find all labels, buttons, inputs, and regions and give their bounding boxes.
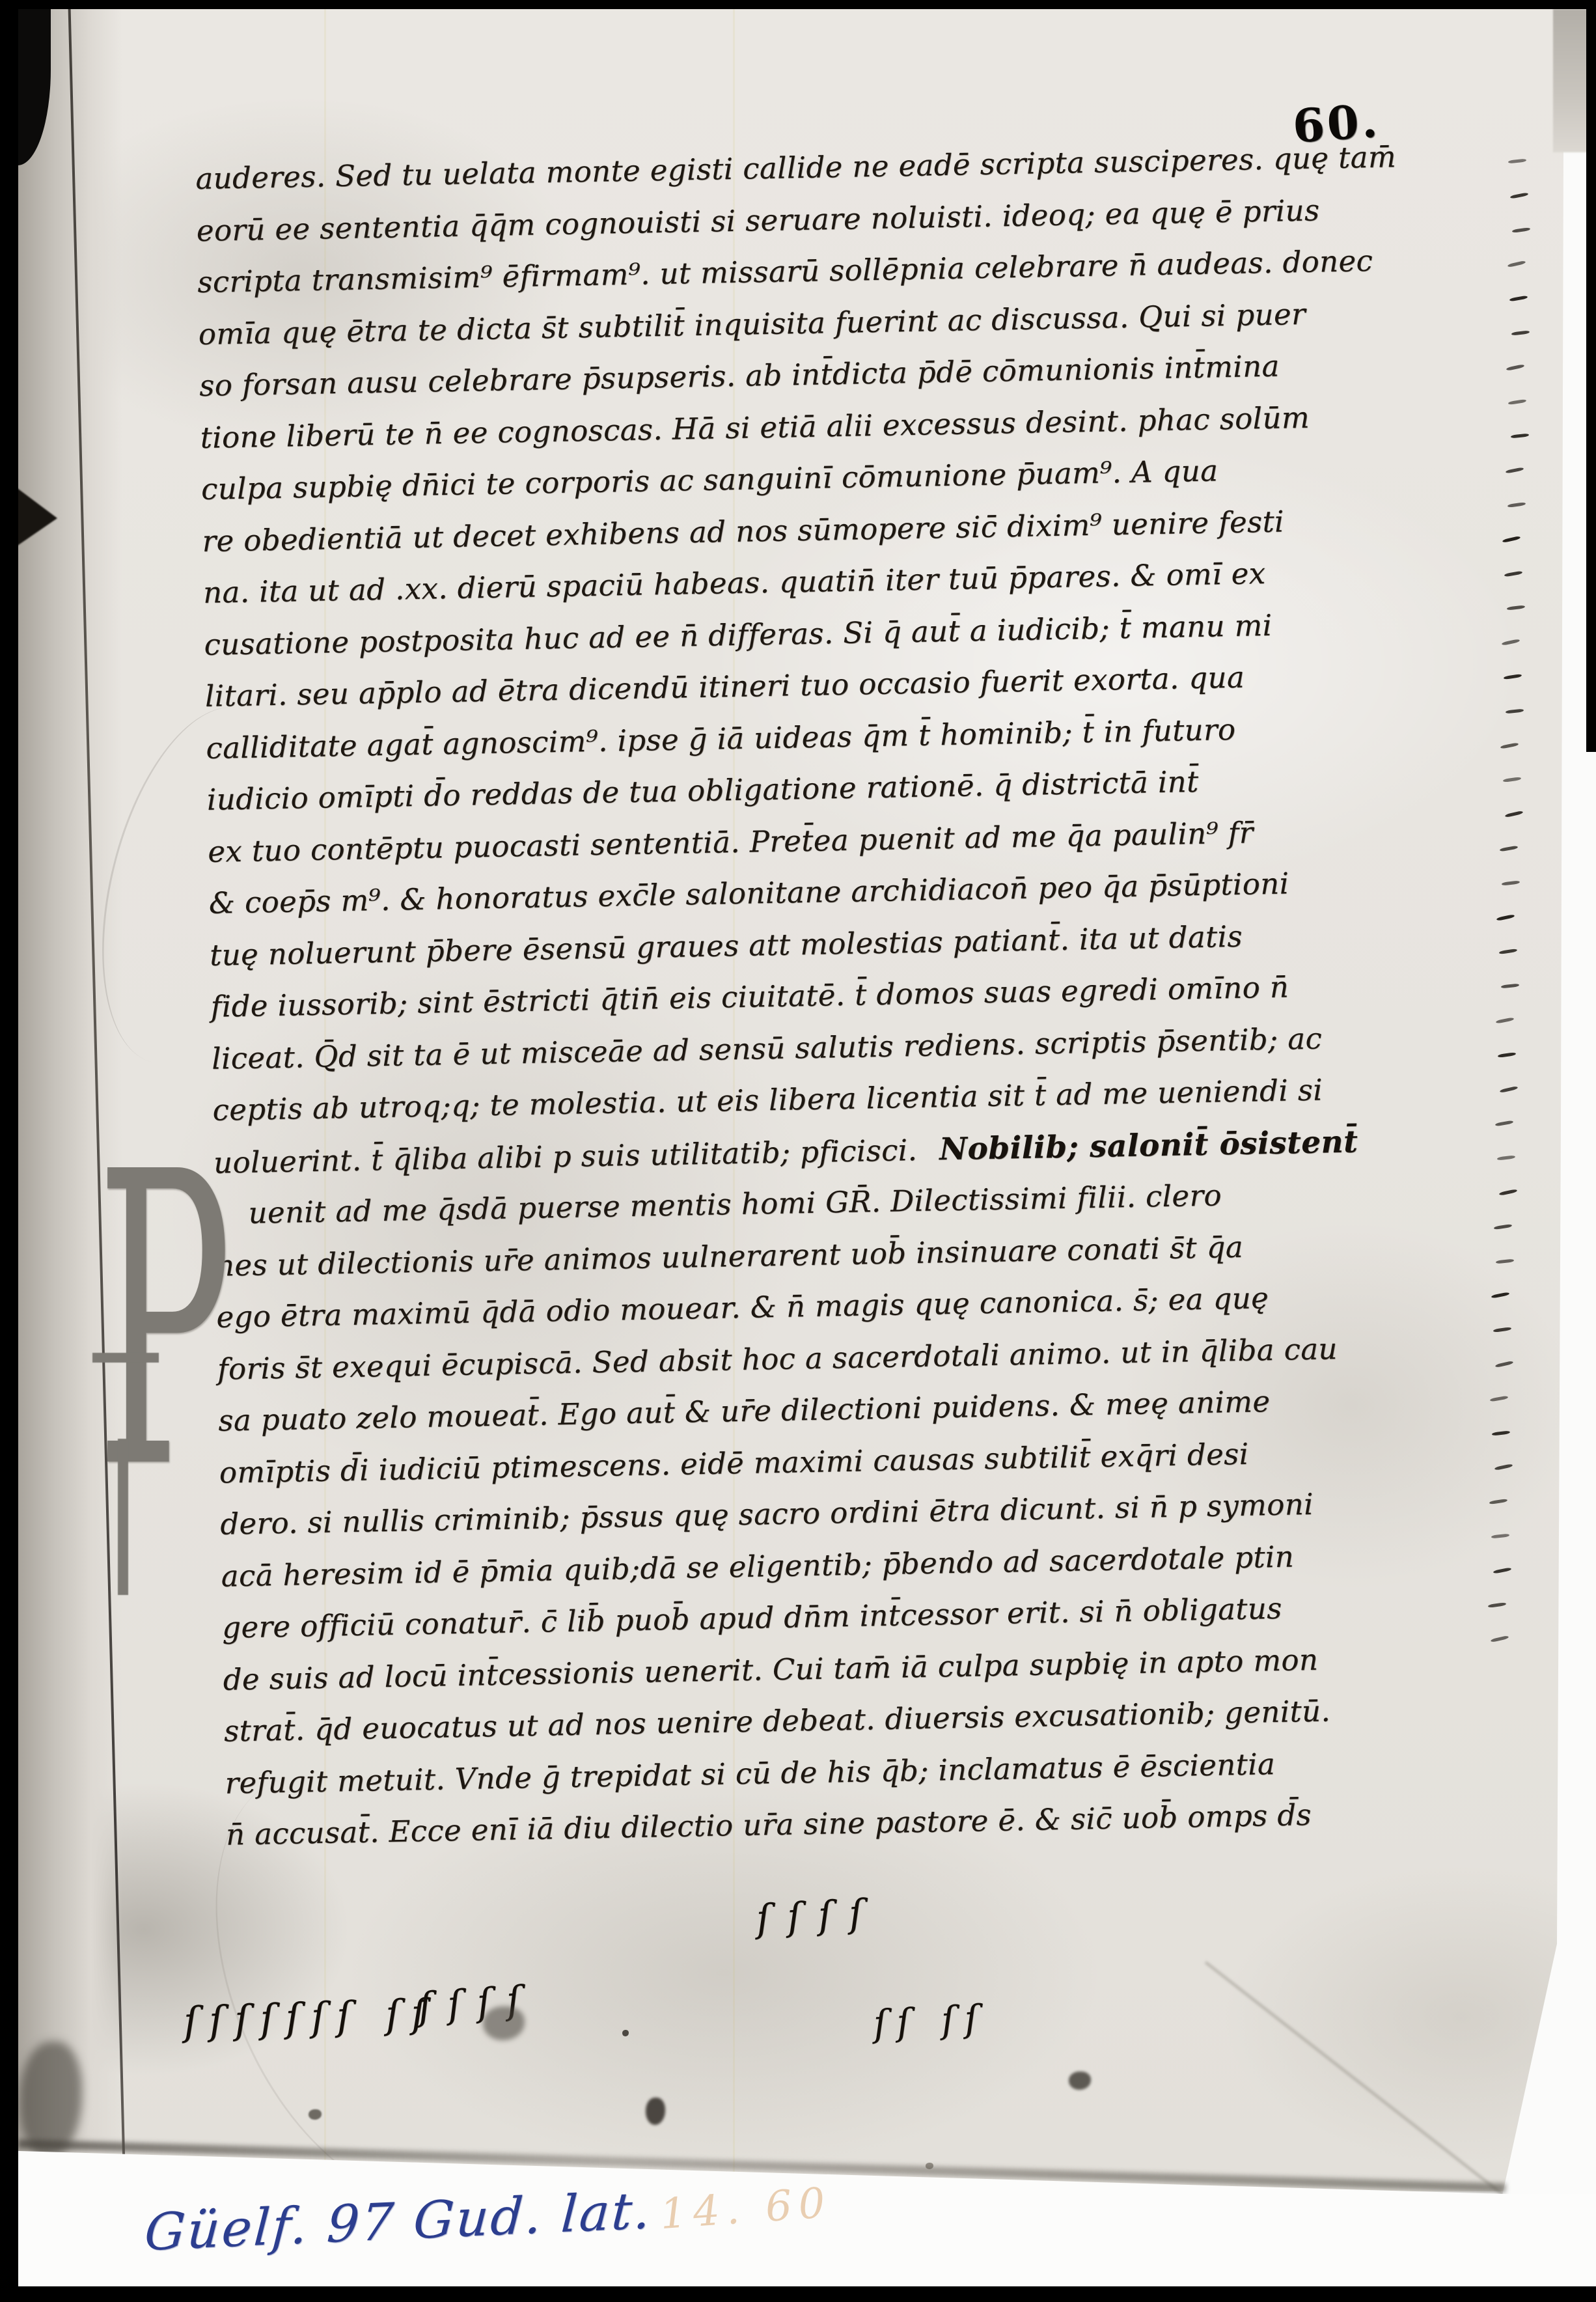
text-line: & coep̄s m⁹. & honoratus exc̄le salonita…	[208, 868, 1289, 917]
text-block: auderes. Sed tu uelata monte egisti call…	[195, 144, 1320, 1882]
initial-letter-stem	[118, 1439, 128, 1595]
text-line: uoluerint. t̄ q̄liba alibi p suis utilit…	[213, 1126, 1358, 1178]
pen-trial-marks: ſſ ſſ	[872, 1997, 989, 2045]
text-line: so forsan ausu celebrare p̄supseris. ab …	[199, 352, 1280, 400]
text-line: ego ētra maximū q̄dā odio mouear. & n̄ m…	[216, 1283, 1269, 1332]
text-line: scripta transmisim⁹ ēfirmam⁹. ut missarū…	[197, 246, 1373, 297]
text-line: fide iussorib; sint ēstricti q̄tin̄ eis …	[210, 972, 1289, 1021]
initial-letter-crossbar	[92, 1353, 159, 1363]
parchment-fold-notch	[16, 487, 57, 547]
text-line: tuę noluerunt p̄bere ēsensū graues att m…	[210, 921, 1243, 969]
text-line: n̄ accusat̄. Ecce enī iā diu dilectio ur…	[226, 1800, 1312, 1850]
text-line: na. ita ut ad .xx. dierū spaciū habeas. …	[203, 559, 1266, 607]
text-line: uenit ad me q̄sdā puerse mentis homi GR̄…	[248, 1180, 1222, 1227]
text-line: strat̄. q̄d euocatus ut ad nos uenire de…	[224, 1696, 1331, 1745]
text-line: re obedientiā ut decet exhibens ad nos s…	[202, 506, 1284, 555]
text-line: refugit metuit. Vnde ḡ trepidat si cū de…	[225, 1749, 1275, 1798]
text-line: nes ut dilectionis ur̄e animos uulnerare…	[215, 1232, 1244, 1280]
manuscript-scan: 60. auderes. Sed tu uelata monte egisti …	[0, 0, 1596, 2302]
text-line: liceat. Q̄d sit ta ē ut misceāe ad sensū…	[212, 1023, 1323, 1073]
text-line: tione liberū te n̄ ee cognoscas. Hā si e…	[200, 402, 1310, 452]
photo-frame-bottom	[0, 2286, 1596, 2302]
text-line: sa puato zelo moueat̄. Ego aut̄ & ur̄e d…	[218, 1387, 1271, 1435]
text-line: calliditate agat̄ agnoscim⁹. ipse ḡ iā u…	[206, 714, 1236, 762]
text-line: omīa quę ētra te dicta s̄t subtilit̄ inq…	[198, 299, 1306, 348]
text-line: dero. si nullis criminib; p̄ssus quę sac…	[220, 1490, 1314, 1539]
text-line: ex tuo contēptu puocasti sententiā. Pret…	[208, 818, 1254, 866]
text-line: cusatione postposita huc ad ee n̄ differ…	[204, 610, 1273, 659]
text-line: ceptis ab utroq;q; te molestia. ut eis l…	[212, 1075, 1323, 1125]
text-line: culpa supbię dn̄ici te corporis ac sangu…	[201, 456, 1218, 504]
text-line: de suis ad locū int̄cessionis uenerit. C…	[223, 1644, 1318, 1694]
photo-frame-right	[1586, 0, 1596, 752]
text-line: eorū ee sententia q̄q̄m cognouisti si se…	[196, 195, 1319, 245]
pen-trial-marks: ſſſſſſſ ſſ	[183, 1990, 437, 2045]
rubric-address: Nobilib; salonit̄ ōsistent̄	[939, 1124, 1358, 1167]
text-line: acā heresim id ē p̄mia quib;dā se eligen…	[221, 1542, 1294, 1590]
text-line: foris s̄t exequi ēcupiscā. Sed absit hoc…	[217, 1334, 1338, 1384]
pen-trial-marks: ſſſſ	[755, 1890, 881, 1941]
text-line: iudicio omīpti d̄o reddas de tua obligat…	[206, 767, 1198, 814]
text-line: litari. seu ap̄plo ad ētra dicendū itine…	[205, 663, 1245, 711]
text-line: gere officiū conatur̄. c̄ lib̄ puob̄ apu…	[222, 1594, 1282, 1643]
text-line: omīptis d̄i iudiciū ptimescens. eidē max…	[219, 1439, 1248, 1487]
initial-letter-p: P	[96, 1176, 232, 1471]
photo-frame-top	[0, 0, 1596, 9]
photo-frame-left	[0, 0, 18, 2302]
